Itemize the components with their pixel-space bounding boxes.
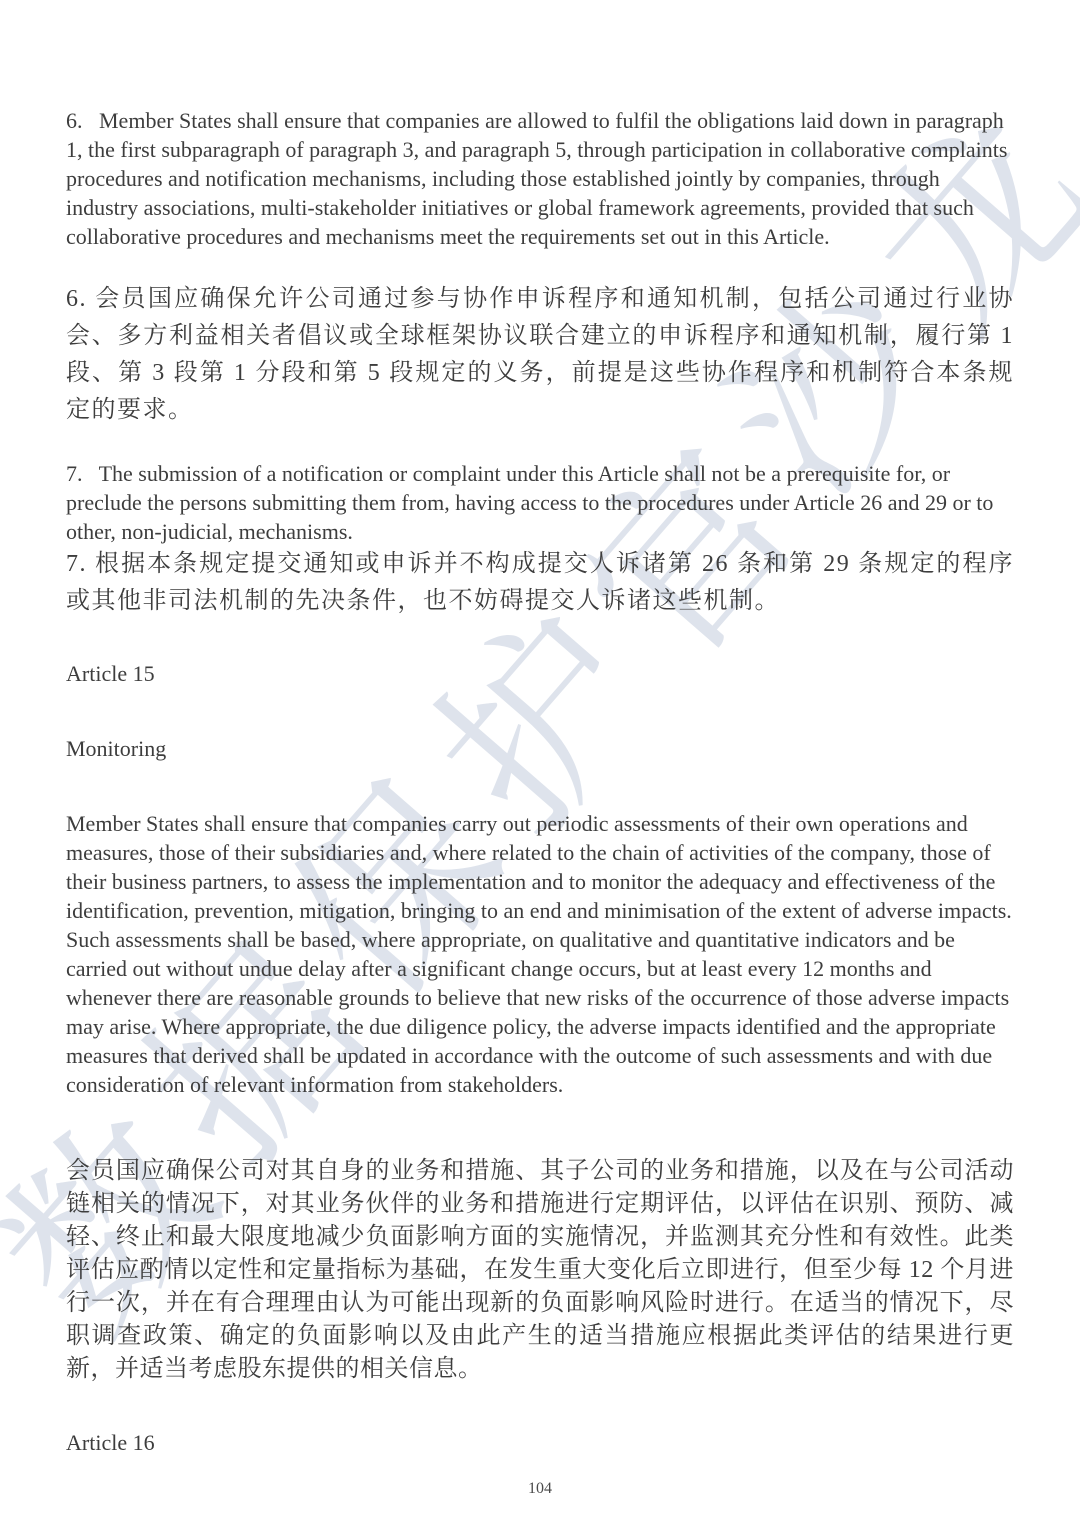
paragraph-7-chinese: 7. 根据本条规定提交通知或申诉并不构成提交人诉诸第 26 条和第 29 条规定… bbox=[66, 546, 1014, 620]
paragraph-6-chinese: 6. 会员国应确保允许公司通过参与协作申诉程序和通知机制，包括公司通过行业协会、… bbox=[66, 281, 1014, 429]
article-15-body-chinese: 会员国应确保公司对其自身的业务和措施、其子公司的业务和措施，以及在与公司活动链相… bbox=[66, 1155, 1014, 1386]
paragraph-6-english: 6. Member States shall ensure that compa… bbox=[66, 106, 1014, 251]
document-page: 数据保护官沙龙 6. Member States shall ensure th… bbox=[0, 0, 1080, 1527]
article-15-heading: Article 15 bbox=[66, 659, 1014, 688]
article-15-title-monitoring: Monitoring bbox=[66, 734, 1014, 763]
article-16-heading: Article 16 bbox=[66, 1428, 1014, 1457]
article-15-body-english: Member States shall ensure that companie… bbox=[66, 809, 1014, 1099]
paragraph-7-english: 7. The submission of a notification or c… bbox=[66, 459, 1014, 546]
page-number: 104 bbox=[0, 1480, 1080, 1498]
